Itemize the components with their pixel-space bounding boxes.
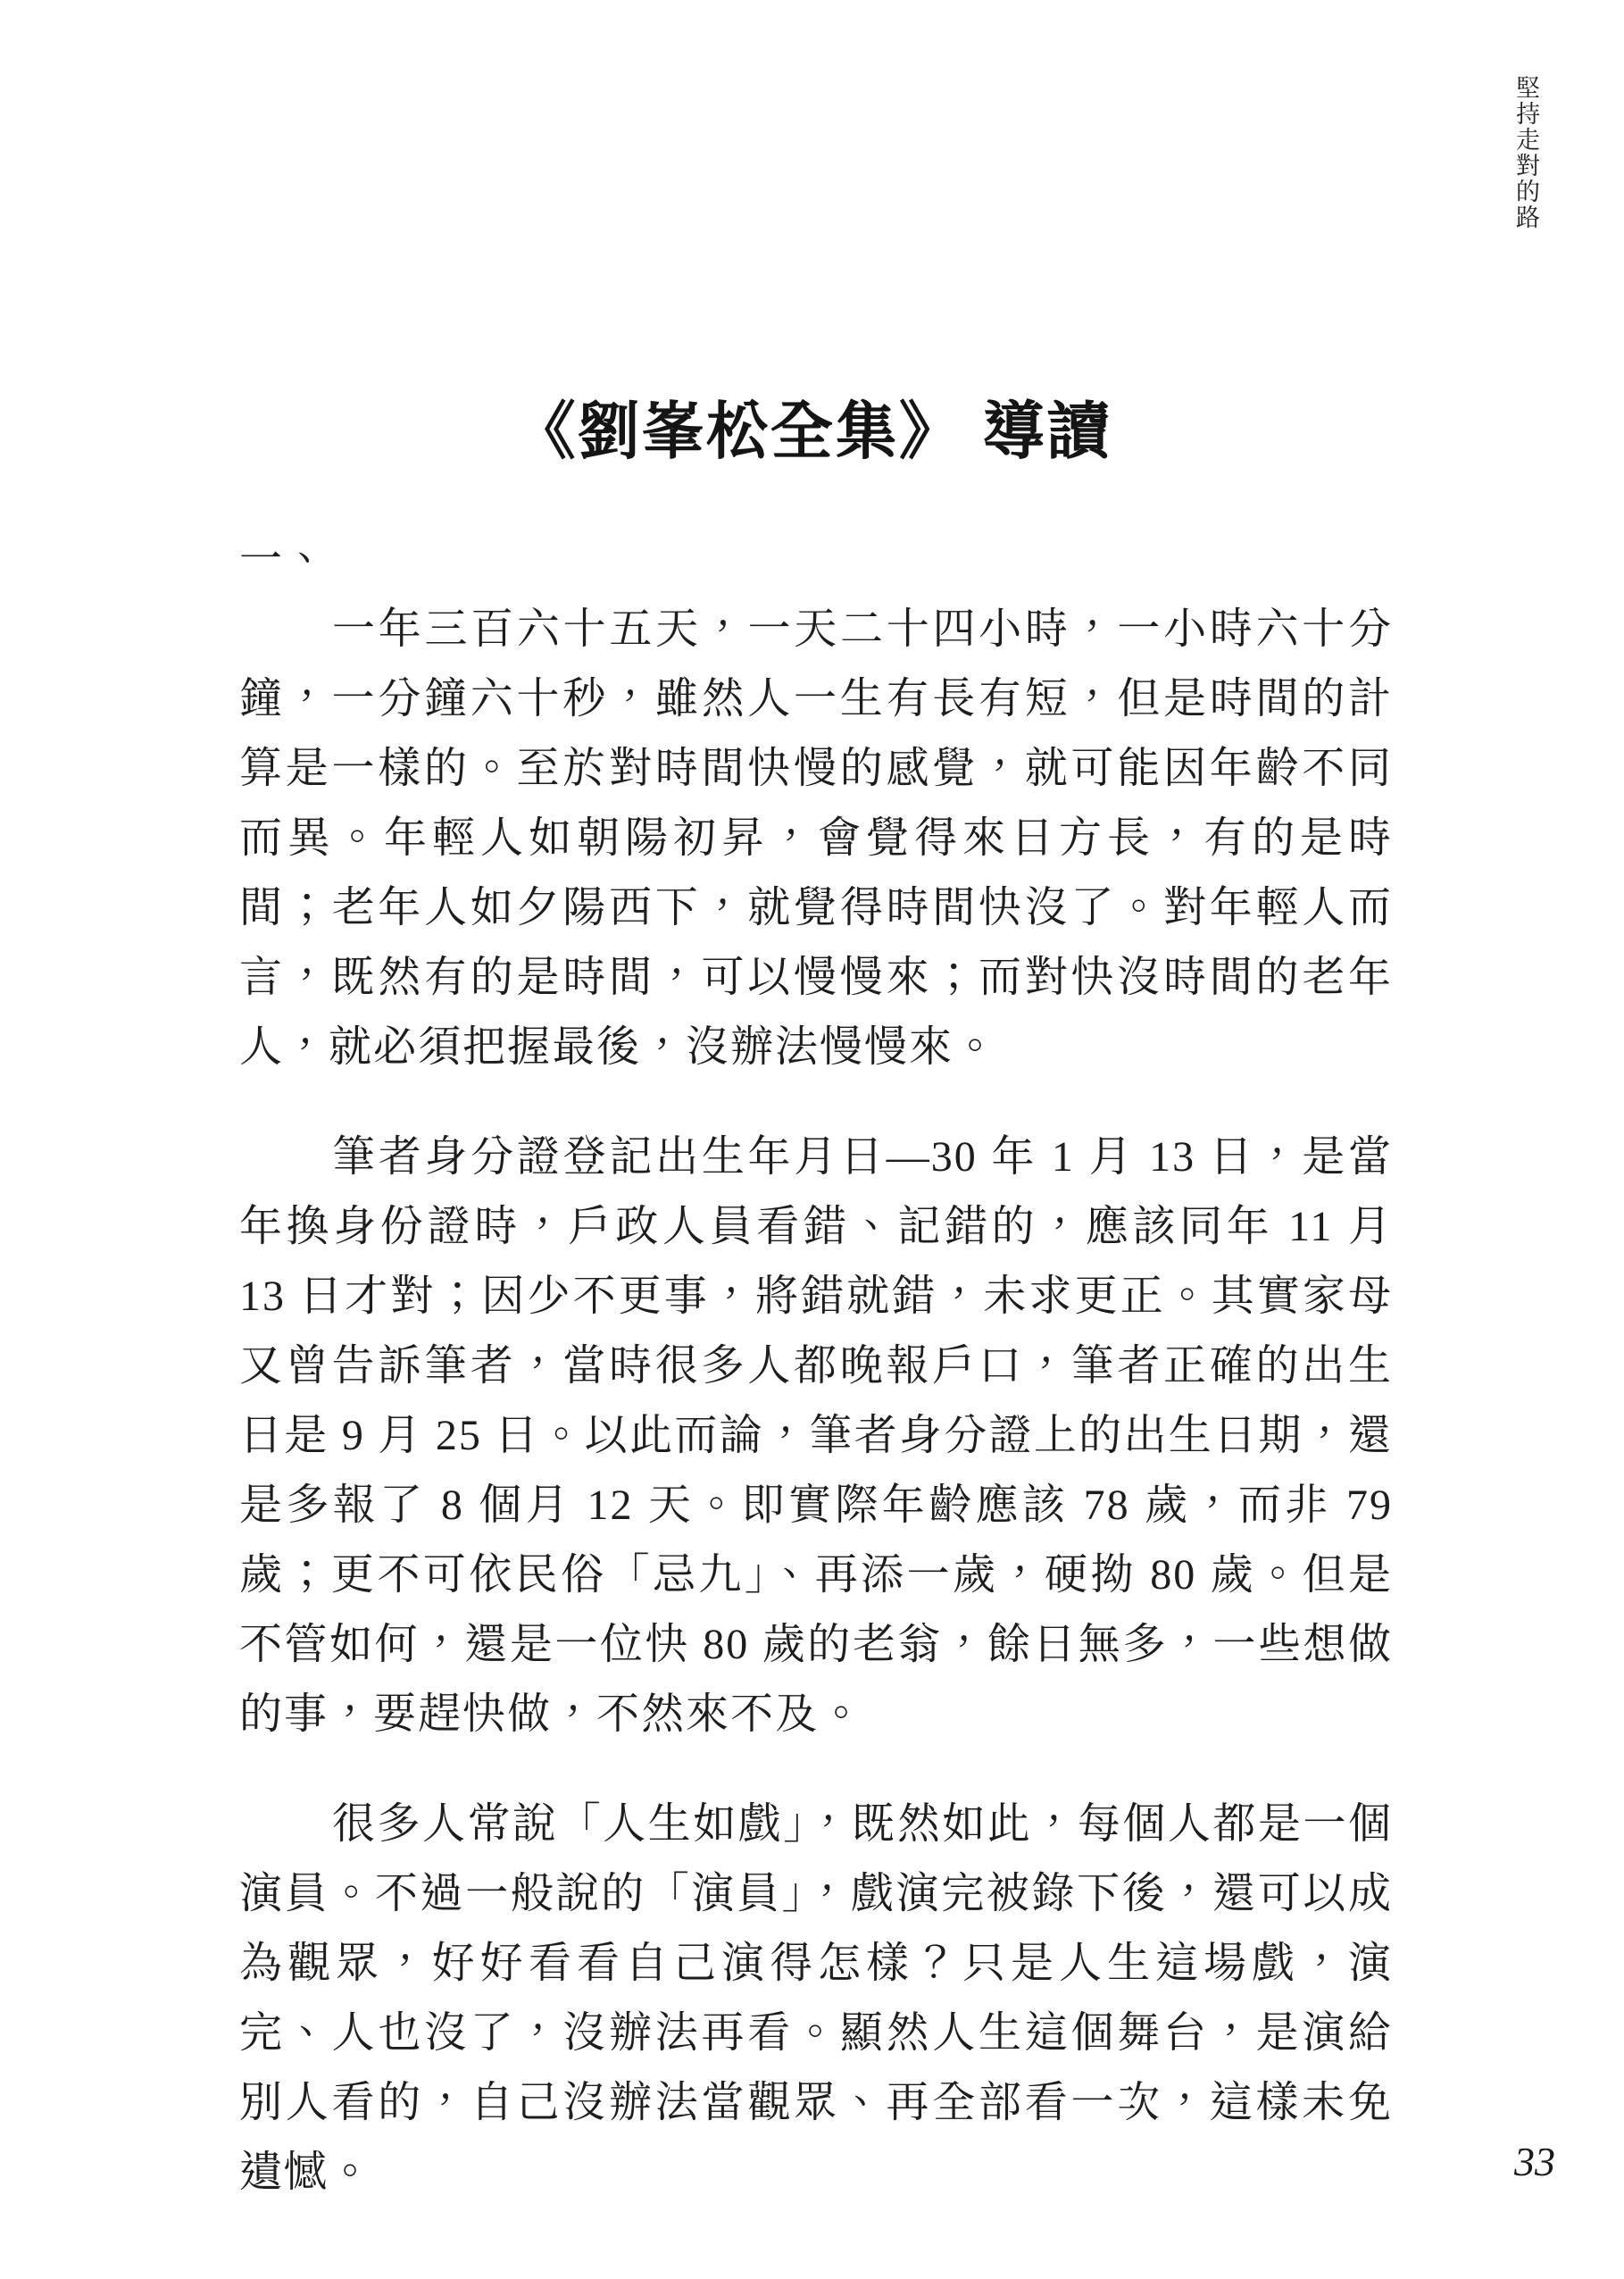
paragraph-2: 筆者身分證登記出生年月日—30 年 1 月 13 日，是當年換身份證時，戶政人員…	[239, 1123, 1393, 1749]
section-marker: 一、	[239, 525, 1393, 595]
body-text: 一、 一年三百六十五天，一天二十四小時，一小時六十分鐘，一分鐘六十秒，雖然人一生…	[239, 525, 1393, 2208]
book-page: 堅持走對的路 《劉峯松全集》 導讀 一、 一年三百六十五天，一天二十四小時，一小…	[0, 0, 1624, 2279]
page-number: 33	[1514, 2138, 1555, 2185]
paragraph-1: 一年三百六十五天，一天二十四小時，一小時六十分鐘，一分鐘六十秒，雖然人一生有長有…	[239, 595, 1393, 1082]
paragraph-3: 很多人常說「人生如戲」，既然如此，每個人都是一個演員。不過一般說的「演員」，戲演…	[239, 1790, 1393, 2208]
page-title: 《劉峯松全集》 導讀	[0, 397, 1624, 466]
running-head-vertical: 堅持走對的路	[1509, 75, 1544, 230]
